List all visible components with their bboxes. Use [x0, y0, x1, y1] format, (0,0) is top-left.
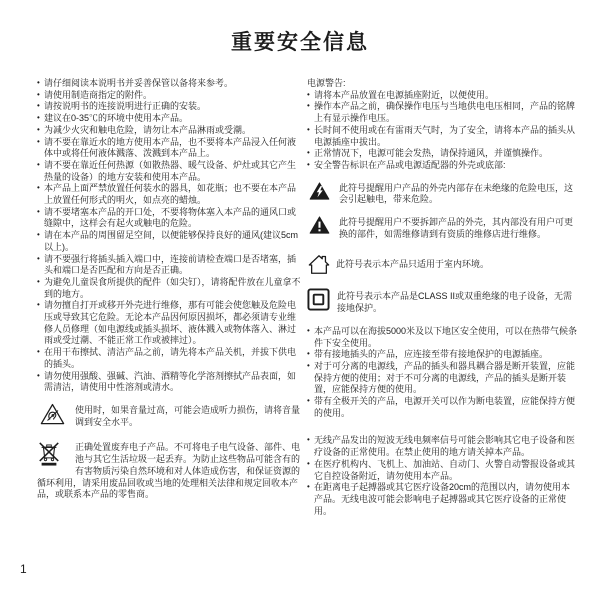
wireless-warning-item: 在距离电子起搏器或其它医疗设备20cm的范围以内，请勿使用本产品。无线电波可能会…	[307, 482, 578, 517]
caution-note: 此符号提醒用户不要拆卸产品的外壳，其内部没有用户可更换的部件，如需维修请到有资质…	[309, 216, 578, 240]
left-column: 请仔细阅读本说明书并妥善保管以备将来参考。 请使用制造商指定的附件。 请按说明书…	[37, 78, 303, 517]
safety-item: 请仔细阅读本说明书并妥善保管以备将来参考。	[37, 78, 303, 90]
manual-page: 重要安全信息 请仔细阅读本说明书并妥善保管以备将来参考。 请使用制造商指定的附件…	[0, 0, 600, 517]
power-note-item: 本产品可以在海拔5000米及以下地区安全使用，可以在热带气候条件下安全使用。	[307, 326, 578, 349]
safety-item: 请在本产品的周围留足空间，以便能够保持良好的通风(建议5cm以上)。	[37, 230, 303, 253]
power-warning-list: 请将本产品放置在电源插座附近，以便使用。 操作本产品之前，确保操作电压与当地供电…	[307, 90, 578, 172]
hearing-damage-warning-icon	[40, 403, 65, 425]
wireless-warning-item: 在医疗机构内、飞机上、加油站、自动门、火警自动警报设备或其它自控设备附近，请勿使…	[307, 459, 578, 482]
indoor-use-note: 此符号表示本产品只适用于室内环境。	[307, 253, 578, 276]
power-warning-item: 请将本产品放置在电源插座附近，以便使用。	[307, 90, 578, 102]
safety-item: 请不要在靠近水的地方使用本产品，也不要将本产品浸入任何液体中或将任何液体溅落、泼…	[37, 137, 303, 160]
hearing-warning-text: 使用时，如果音量过高，可能会造成听力损伤，请将音量调到安全水平。	[75, 405, 303, 428]
page-number: 1	[20, 562, 27, 576]
right-column: 电源警告: 请将本产品放置在电源插座附近，以便使用。 操作本产品之前，确保操作电…	[307, 78, 578, 517]
power-warning-item: 长时间不使用或在有雷雨天气时，为了安全，请将本产品的插头从电源插座中拔出。	[307, 125, 578, 148]
general-safety-list: 请仔细阅读本说明书并妥善保管以备将来参考。 请使用制造商指定的附件。 请按说明书…	[37, 78, 303, 394]
power-note-item: 对于可分离的电源线，产品的插头和器具耦合器是断开装置，应能保持方便的使用；对于不…	[307, 361, 578, 396]
wireless-warning-list: 无线产品发出的短波无线电频率信号可能会影响其它电子设备和医疗设备的正常使用。在禁…	[307, 435, 578, 517]
high-voltage-note: 此符号提醒用户产品的外壳内部存在未绝缘的危险电压，这会引起触电，带来危险。	[309, 182, 578, 206]
safety-item: 请不要在靠近任何热源（如散热器、暖气设备、炉灶或其它产生热量的设备）的地方安装和…	[37, 160, 303, 183]
safety-item: 请按说明书的连接说明进行正确的安装。	[37, 101, 303, 113]
safety-item: 为减少火灾和触电危险，请勿让本产品淋雨或受潮。	[37, 125, 303, 137]
high-voltage-text: 此符号提醒用户产品的外壳内部存在未绝缘的危险电压，这会引起触电，带来危险。	[339, 183, 578, 206]
safety-item: 建议在0-35℃的环境中使用本产品。	[37, 113, 303, 125]
caution-text: 此符号提醒用户不要拆卸产品的外壳，其内部没有用户可更换的部件，如需维修请到有资质…	[339, 217, 578, 240]
power-note-item: 带有接地插头的产品，应连接至带有接地保护的电源插座。	[307, 349, 578, 361]
power-warning-item: 操作本产品之前，确保操作电压与当地供电电压相同，产品的铭牌上有显示操作电压。	[307, 101, 578, 124]
safety-item: 在用干布擦拭、清洁产品之前，请先将本产品关机，并拔下供电的插头。	[37, 347, 303, 370]
class-ii-note: 此符号表示本产品是CLASS II或双重绝缘的电子设备，无需接地保护。	[307, 288, 578, 314]
safety-item: 请不要堵塞本产品的开口处，不要将物体塞入本产品的通风口或缝隙中，这样会有起火或触…	[37, 207, 303, 230]
safety-item: 为避免儿童误食所提供的配件（如尖钉），请将配件放在儿童拿不到的地方。	[37, 277, 303, 300]
safety-item: 请使用制造商指定的附件。	[37, 90, 303, 102]
weee-disposal-text: 正确处置废弃电子产品。不可将电子电气设备、部件、电池与其它生活垃圾一起丢弃。为防…	[37, 442, 300, 499]
safety-item: 本产品上面严禁放置任何装水的器具，如花瓶；也不要在本产品上放置任何形式的明火，如…	[37, 183, 303, 206]
power-warning-item: 正常情况下，电源可能会发热，请保持通风，并谨慎操作。	[307, 148, 578, 160]
safety-item: 请不要强行将插头插入端口中，连接前请检查端口是否堵塞，插头和端口是否匹配和方向是…	[37, 254, 303, 277]
indoor-use-house-icon	[307, 253, 331, 276]
page-title: 重要安全信息	[0, 0, 600, 56]
power-note-item: 带有全极开关的产品，电源开关可以作为断电装置，应能保持方便的使用。	[307, 396, 578, 419]
weee-crossed-bin-icon	[37, 442, 61, 466]
class-ii-double-insulation-icon	[307, 288, 330, 311]
power-warning-item: 安全警告标识在产品或电源适配器的外壳或底部:	[307, 160, 578, 172]
indoor-use-text: 此符号表示本产品只适用于室内环境。	[336, 259, 489, 271]
class-ii-text: 此符号表示本产品是CLASS II或双重绝缘的电子设备，无需接地保护。	[337, 291, 578, 314]
power-warning-heading: 电源警告:	[307, 78, 578, 90]
safety-item: 请勿使用强酸、强碱、汽油、酒精等化学溶剂擦拭产品表面，如需清洁，请使用中性溶剂或…	[37, 371, 303, 394]
safety-item: 请勿擅自打开或移开外壳进行维修，那有可能会使您触及危险电压或导致其它危险。无论本…	[37, 300, 303, 347]
content-columns: 请仔细阅读本说明书并妥善保管以备将来参考。 请使用制造商指定的附件。 请按说明书…	[37, 78, 578, 517]
caution-triangle-icon	[309, 216, 330, 234]
wireless-warning-item: 无线产品发出的短波无线电频率信号可能会影响其它电子设备和医疗设备的正常使用。在禁…	[307, 435, 578, 458]
power-notes-list: 本产品可以在海拔5000米及以下地区安全使用，可以在热带气候条件下安全使用。 带…	[307, 326, 578, 420]
weee-disposal-note: 正确处置废弃电子产品。不可将电子电气设备、部件、电池与其它生活垃圾一起丢弃。为防…	[37, 442, 303, 501]
high-voltage-triangle-icon	[309, 182, 330, 200]
hearing-warning-note: 使用时，如果音量过高，可能会造成听力损伤，请将音量调到安全水平。	[40, 403, 303, 428]
